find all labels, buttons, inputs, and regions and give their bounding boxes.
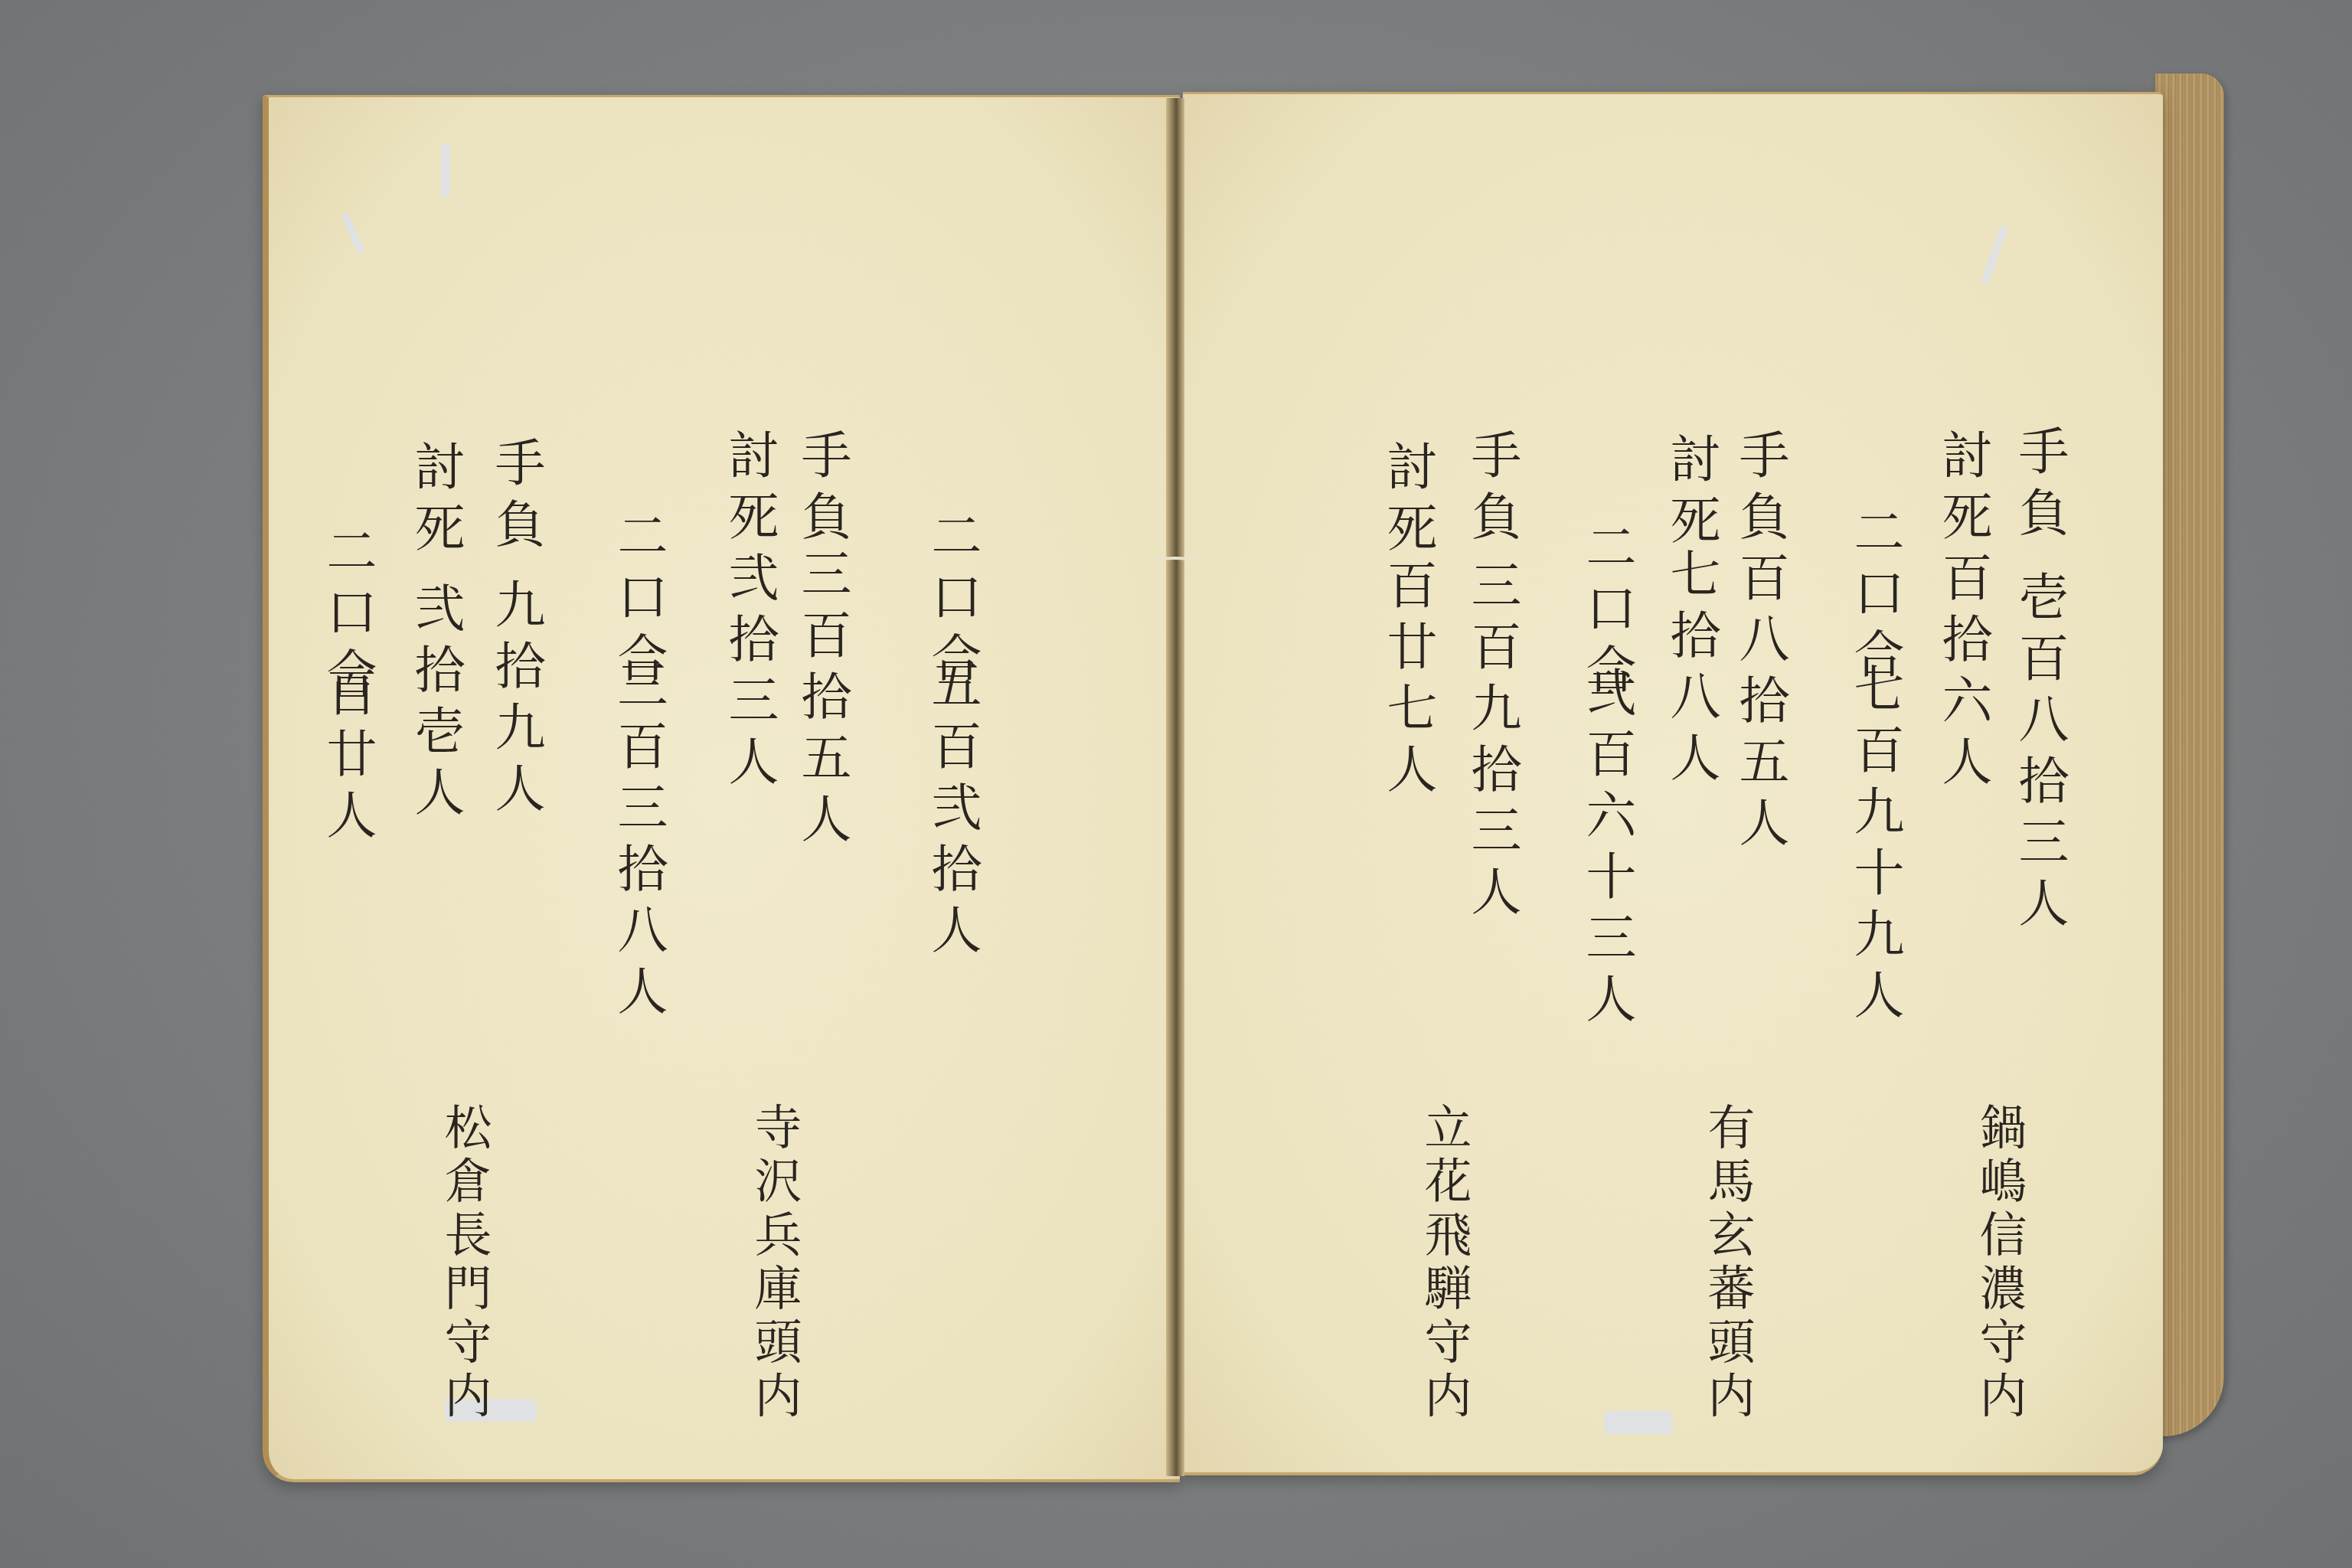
left-entry-2-signature: 寺沢兵庫頭内 (750, 1102, 798, 1424)
right-entry-1-wounded-value: 壱百八拾三人 (2014, 570, 2064, 938)
paper-damage (1981, 225, 2009, 286)
right-entry-1-killed-label: 討死 (1937, 429, 1988, 551)
right-entry-1-killed-value: 百拾六人 (1937, 551, 1988, 796)
left-entry-2-total-value: 三百三拾八人 (612, 658, 663, 1026)
left-entry-2-killed-value: 弐拾三人 (724, 551, 774, 796)
left-entry-3-killed-label: 討死 (410, 440, 460, 563)
right-entry-2-killed-label: 討死 (1665, 433, 1716, 555)
left-entry-3-total-value: 百廿人 (322, 666, 372, 850)
left-entry-3-signature: 松倉長門守内 (440, 1102, 488, 1424)
right-entry-2-killed-value: 七拾八人 (1665, 547, 1716, 792)
right-entry-1-total-value: 七百九十九人 (1849, 662, 1900, 1030)
right-entry-3-wounded-label: 手負 (1466, 429, 1517, 551)
right-entry-1-total-label: 二口合 (1849, 505, 1900, 689)
right-entry-2-total-value: 弐百六十三人 (1581, 666, 1632, 1034)
left-entry-2-killed-label: 討死 (724, 429, 774, 551)
right-entry-3-killed-label: 討死 (1382, 440, 1432, 563)
right-entry-2-wounded-label: 手負 (1734, 429, 1785, 551)
paper-damage (341, 212, 365, 253)
open-book: 手負 壱百八拾三人 討死 百拾六人 二口合 七百九十九人 鍋嶋信濃守内 手負 百… (0, 0, 2352, 1568)
right-entry-2-wounded-value: 百八拾五人 (1734, 551, 1785, 857)
paper-damage (441, 143, 450, 197)
left-entry-3-wounded-label: 手負 (490, 436, 541, 559)
book-gutter (1166, 98, 1184, 1476)
binding-thread (1148, 557, 1202, 570)
left-entry-1-total-value: 五百弐拾人 (926, 658, 977, 965)
right-entry-1-signature: 鍋嶋信濃守内 (1975, 1102, 2023, 1424)
right-entry-2-signature: 有馬玄蕃頭内 (1704, 1102, 1751, 1424)
right-entry-3-wounded-value: 三百九拾三人 (1466, 559, 1517, 926)
paper-damage (1604, 1411, 1673, 1434)
page-fore-edge (2155, 73, 2224, 1436)
right-entry-1-wounded-label: 手負 (2014, 425, 2064, 547)
left-entry-3-killed-value: 弐拾壱人 (410, 582, 460, 827)
left-entry-2-wounded-label: 手負 (796, 429, 847, 551)
right-entry-3-killed-value: 百廿七人 (1382, 559, 1432, 804)
left-entry-3-wounded-value: 九拾九人 (490, 578, 541, 823)
right-entry-3-signature: 立花飛騨守内 (1420, 1102, 1468, 1424)
left-entry-2-wounded-value: 三百拾五人 (796, 547, 847, 854)
